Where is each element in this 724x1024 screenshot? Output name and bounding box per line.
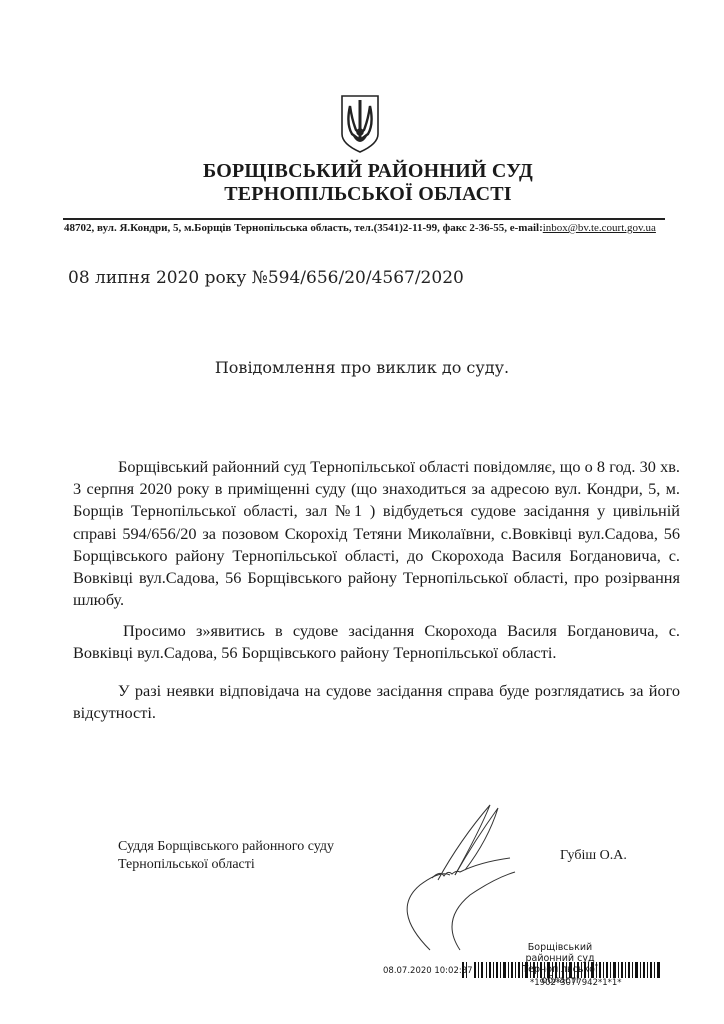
barcode-number: *1902*3077942*1*1* (530, 978, 622, 988)
address-text: 48702, вул. Я.Кондри, 5, м.Борщів Терноп… (64, 222, 543, 234)
header-divider (63, 218, 665, 220)
handwritten-signature-icon (370, 800, 570, 960)
body-paragraph-absence: У разі неявки відповідача на судове засі… (73, 680, 680, 724)
judge-position-line1: Суддя Борщівського районного суду (118, 838, 334, 856)
court-address: 48702, вул. Я.Кондри, 5, м.Борщів Терноп… (64, 222, 656, 234)
body-paragraph-request: Просимо з»явитись в судове засідання Ско… (73, 620, 680, 664)
judge-position: Суддя Борщівського районного суду Терноп… (118, 838, 334, 874)
date-and-case-number: 08 липня 2020 року №594/656/20/4567/2020 (68, 268, 464, 288)
document-title: Повідомлення про виклик до суду. (0, 358, 724, 377)
barcode-icon (462, 962, 662, 978)
body-paragraph-summons: Борщівський районний суд Тернопільської … (73, 456, 680, 611)
court-name-line2: ТЕРНОПІЛЬСЬКОЇ ОБЛАСТІ (6, 183, 724, 206)
judge-position-line2: Тернопільської області (118, 856, 334, 874)
stamp-court-line1: Борщівський районний суд (505, 942, 615, 964)
email-link[interactable]: inbox@bv.te.court.gov.ua (543, 222, 656, 234)
judge-name: Губіш О.А. (560, 848, 627, 864)
tryzub-coat-of-arms-icon (340, 94, 380, 154)
court-name-line1: БОРЩІВСЬКИЙ РАЙОННИЙ СУД (6, 160, 724, 183)
registration-datetime: 08.07.2020 10:02:37 (383, 966, 473, 976)
